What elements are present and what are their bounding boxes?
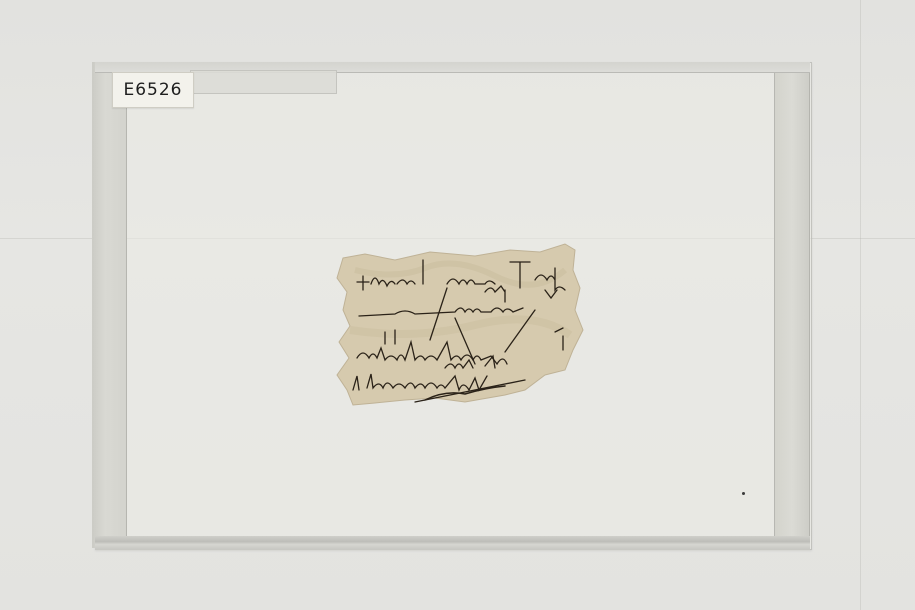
table-seam xyxy=(860,0,861,610)
glass-edge-left xyxy=(92,62,127,548)
papyrus-fragment-image xyxy=(335,240,585,408)
inventory-label: E6526 xyxy=(112,72,194,108)
tape-strip xyxy=(190,70,337,94)
glass-edge-bottom xyxy=(95,536,810,550)
papyrus-fragment xyxy=(335,240,585,408)
inventory-number: E6526 xyxy=(123,80,182,100)
glass-edge-right xyxy=(774,66,810,546)
photo-scene: E6526 xyxy=(0,0,915,610)
dust-speck xyxy=(742,492,745,495)
